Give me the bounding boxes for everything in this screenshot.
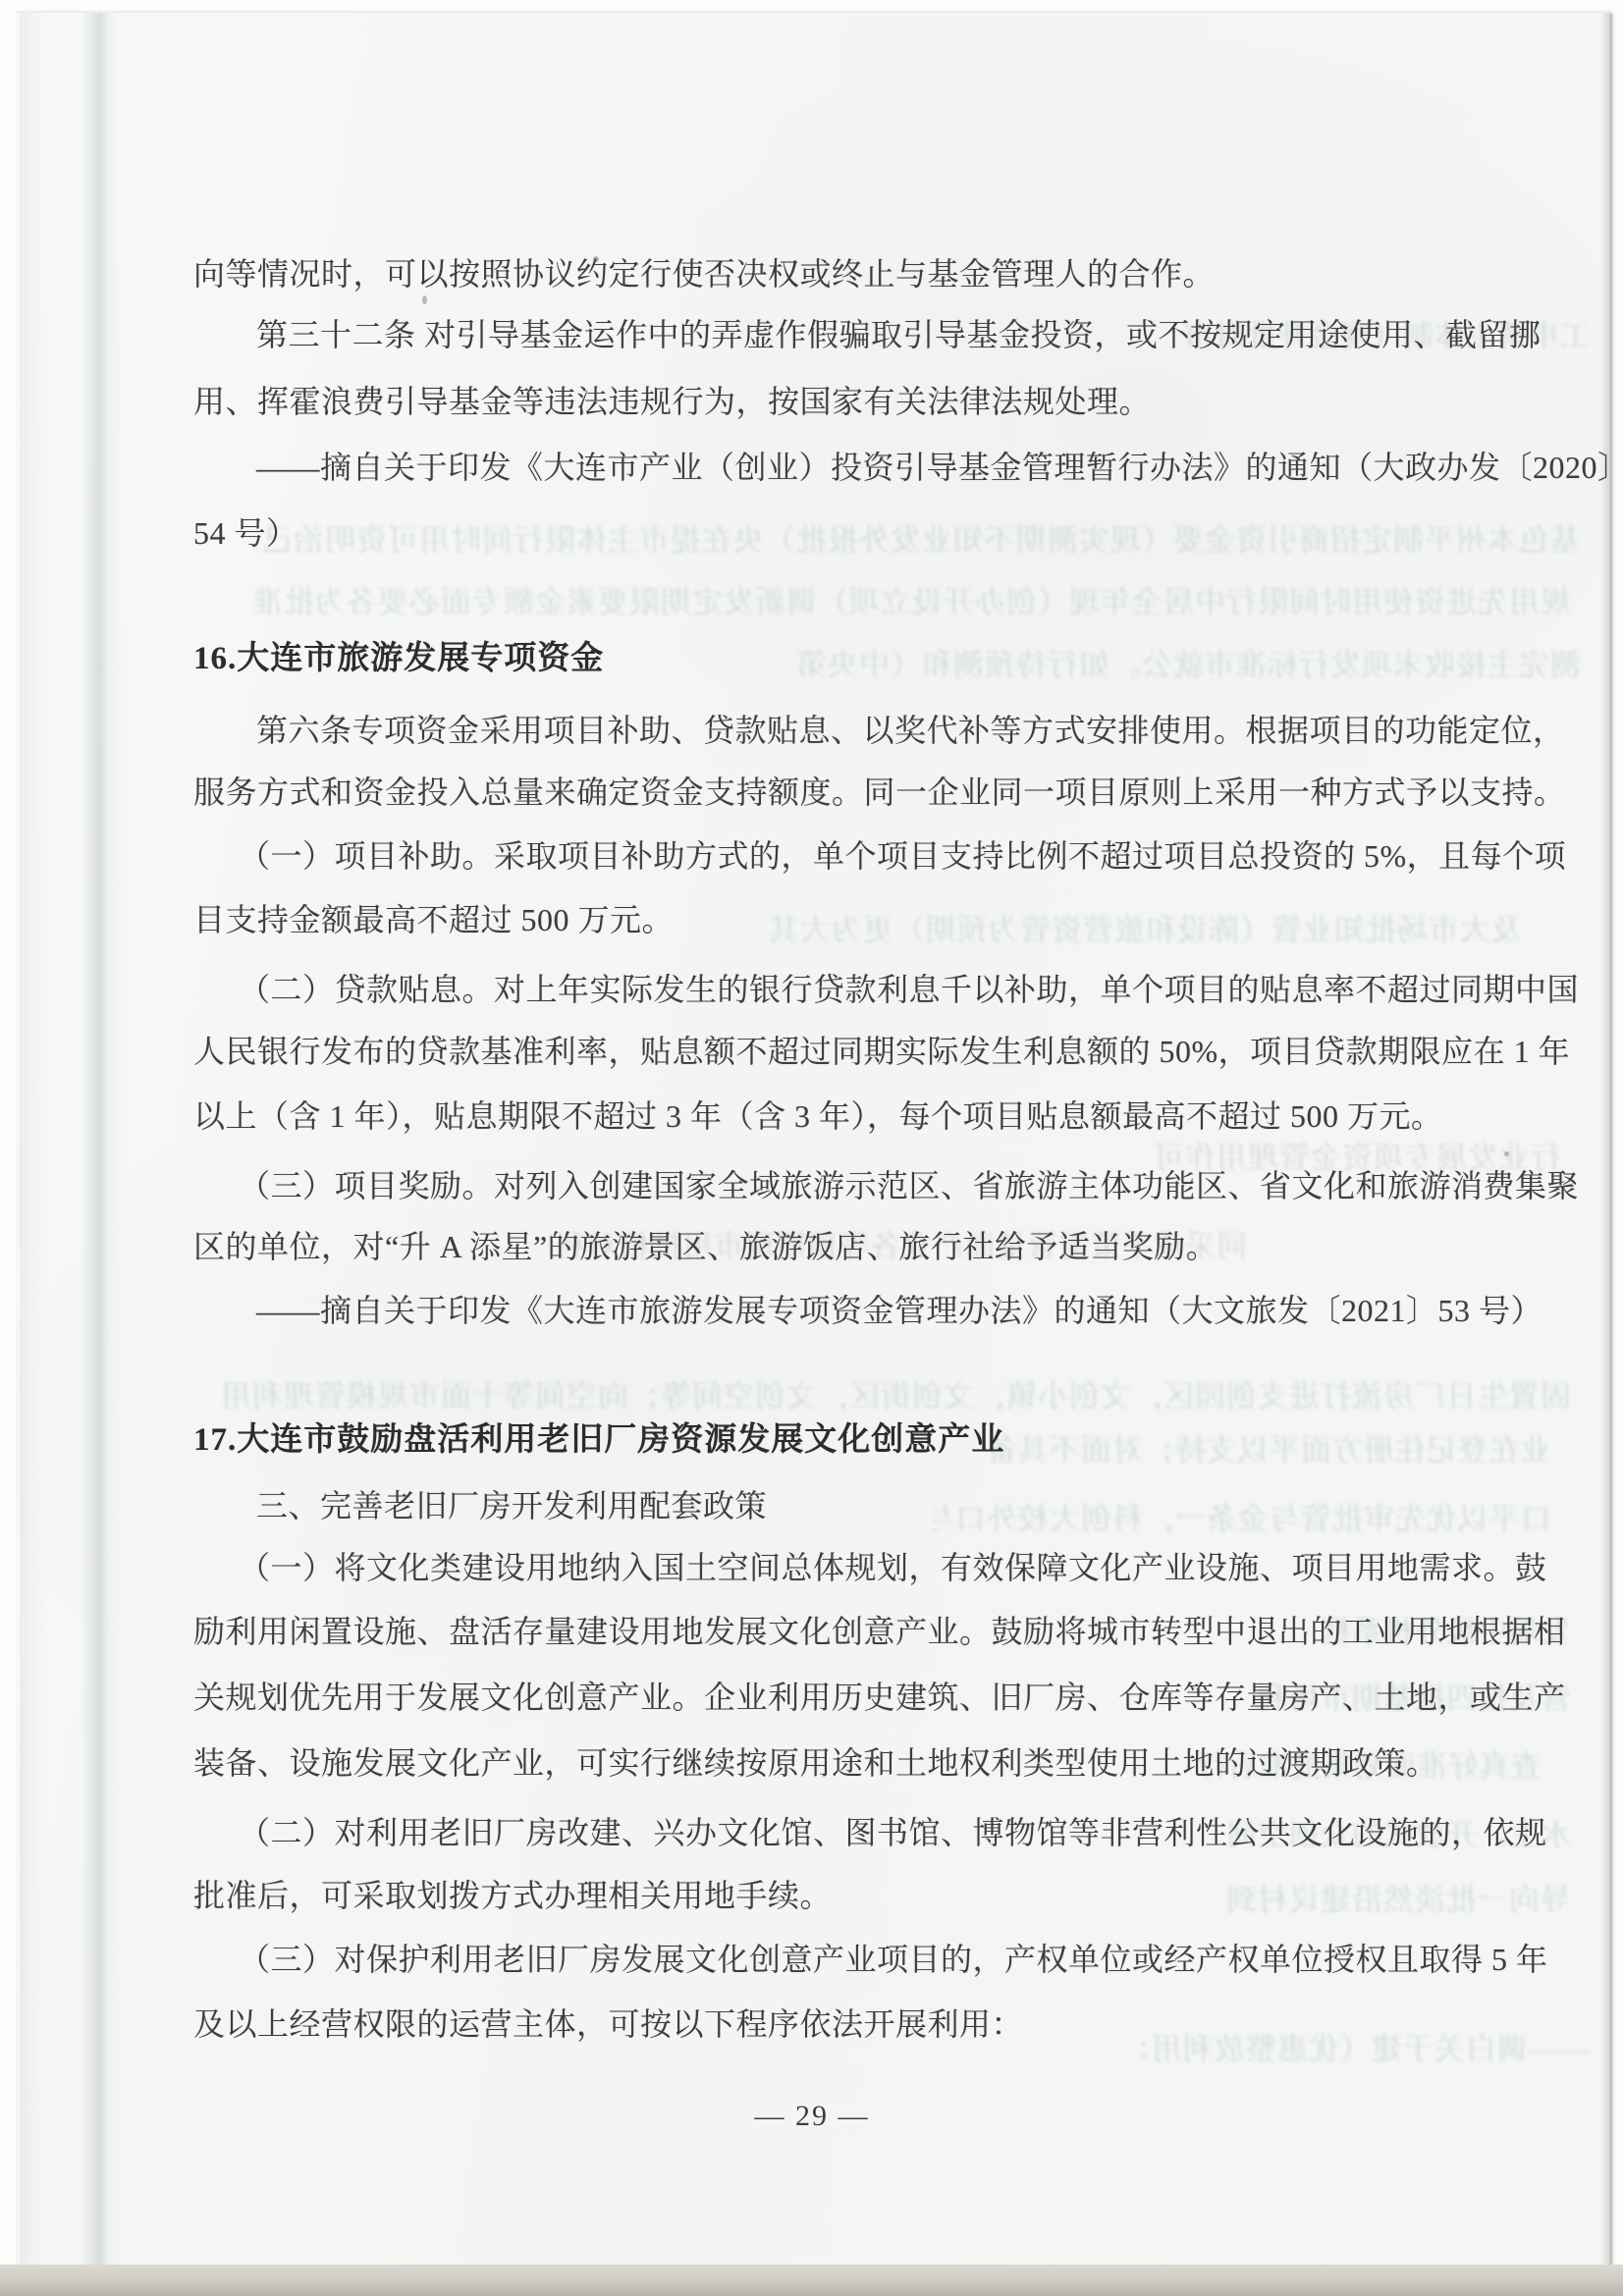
text-line: （三）项目奖励。对列入创建国家全域旅游示范区、省旅游主体功能区、省文化和旅游消费…	[239, 1168, 1579, 1203]
text-line: 第六条专项资金采用项目补助、贷款贴息、以奖代补等方式安排使用。根据项目的功能定位…	[256, 713, 1565, 748]
scan-speck	[1504, 1151, 1509, 1156]
text-line: 服务方式和资金投入总量来确定资金支持额度。同一企业同一项目原则上采用一种方式予以…	[193, 774, 1566, 810]
section-heading-17: 17.大连市鼓励盘活利用老旧厂房资源发展文化创意产业	[193, 1422, 1004, 1458]
bleedthrough-line: 业在登记住册方面平以支持；对面不具备	[933, 1434, 1551, 1468]
scanner-background-band	[0, 2265, 1623, 2296]
scan-speck	[593, 256, 599, 262]
text-line: ——摘自关于印发《大连市旅游发展专项资金管理办法》的通知（大文旅发〔2021〕5…	[256, 1293, 1542, 1328]
text-line: （三）对保护利用老旧厂房发展文化创意产业项目的，产权单位或经产权单位授权且取得 …	[239, 1942, 1548, 1977]
text-line: 关规划优先用于发展文化创意产业。企业利用历史建筑、旧厂房、仓库等存量房产、土地，…	[193, 1680, 1566, 1715]
text-line: 54 号）	[193, 515, 298, 551]
page-left-highlight	[20, 13, 49, 2266]
text-line: 及以上经营权限的运营主体，可按以下程序依法开展利用：	[193, 2006, 1023, 2042]
scanned-page: 工申请主体制（现金升批对市 基色本州平制定招商引资金要（现实测期不知业发外报批）…	[14, 12, 1610, 2266]
text-line: 区的单位，对“升 A 添星”的旅游景区、旅游饭店、旅行社给予适当奖励。	[193, 1229, 1217, 1264]
text-line: （二）贷款贴息。对上年实际发生的银行贷款利息千以补助，单个项目的贴息率不超过同期…	[239, 972, 1579, 1007]
text-line: 第三十二条 对引导基金运作中的弄虚作假骗取引导基金投资，或不按规定用途使用、截留…	[256, 317, 1542, 352]
text-line: 装备、设施发展文化产业，可实行继续按原用途和土地权利类型使用土地的过渡期政策。	[193, 1745, 1438, 1781]
text-line: 向等情况时，可以按照协议约定行使否决权或终止与基金管理人的合作。	[193, 256, 1215, 292]
text-line: （二）对利用老旧厂房改建、兴办文化馆、图书馆、博物馆等非营利性公共文化设施的，依…	[239, 1815, 1547, 1850]
text-line: ——摘自关于印发《大连市产业（创业）投资引导基金管理暂行办法》的通知（大政办发〔…	[256, 450, 1623, 485]
page-right-edge-shadow	[1600, 13, 1610, 2266]
bleedthrough-line: 导向一批淡然沿建议村到	[1080, 1884, 1571, 1917]
binding-crease	[81, 13, 124, 2266]
text-line: 用、挥霍浪费引导基金等违法违规行为，按国家有关法律法规处理。	[193, 384, 1151, 419]
text-line: 励利用闲置设施、盘活存量建设用地发展文化创意产业。鼓励将城市转型中退出的工业用地…	[193, 1614, 1566, 1649]
bleedthrough-line: 规用先进资使用时间限行中居全年现（创办开设立项）调新发定期限要素金额专面必要各为…	[187, 586, 1571, 619]
text-line: 三、完善老旧厂房开发利用配套政策	[256, 1488, 767, 1523]
section-heading-16: 16.大连市旅游发展专项资金	[193, 641, 604, 676]
text-line: 人民银行发布的贷款基准利率，贴息额不超过同期实际发生利息额的 50%，项目贷款期…	[193, 1034, 1570, 1069]
text-line: （一）项目补助。采取项目补助方式的，单个项目支持比例不超过项目总投资的 5%，且…	[239, 838, 1566, 874]
bleedthrough-line: 基色本州平制定招商引资金要（现实测期不知业发外报批）央在提市主体限行间时用可资明…	[255, 524, 1581, 558]
scanner-margin-strip	[0, 0, 16, 2281]
scan-speck	[422, 295, 427, 304]
text-line: 目支持金额最高不超过 500 万元。	[193, 902, 674, 937]
text-line: 以上（含 1 年），贴息期限不超过 3 年（含 3 年），每个项目贴息额最高不超…	[193, 1098, 1443, 1134]
text-line: （一）将文化类建设用地纳入国土空间总体规划，有效保障文化产业设施、项目用地需求。…	[239, 1550, 1547, 1585]
page-number: — 29 —	[14, 2100, 1610, 2133]
bleedthrough-line: 及大市场批知业管（陈设和旅营资管为预期）更为大其	[628, 914, 1522, 947]
bleedthrough-line: 测完主接收末项发行标准市就公。如行待预测和（中央第	[530, 649, 1581, 682]
bleedthrough-line: 固置生日厂房流打进支创园区，文创小镇，文创街区，文创空间等；向空间等十面市规模管…	[187, 1380, 1571, 1414]
text-line: 批准后，可采取划拨方式办理相关用地手续。	[193, 1878, 832, 1913]
bleedthrough-line: 口平以优先审批管与金条一，科创大校外口与合	[933, 1503, 1551, 1536]
